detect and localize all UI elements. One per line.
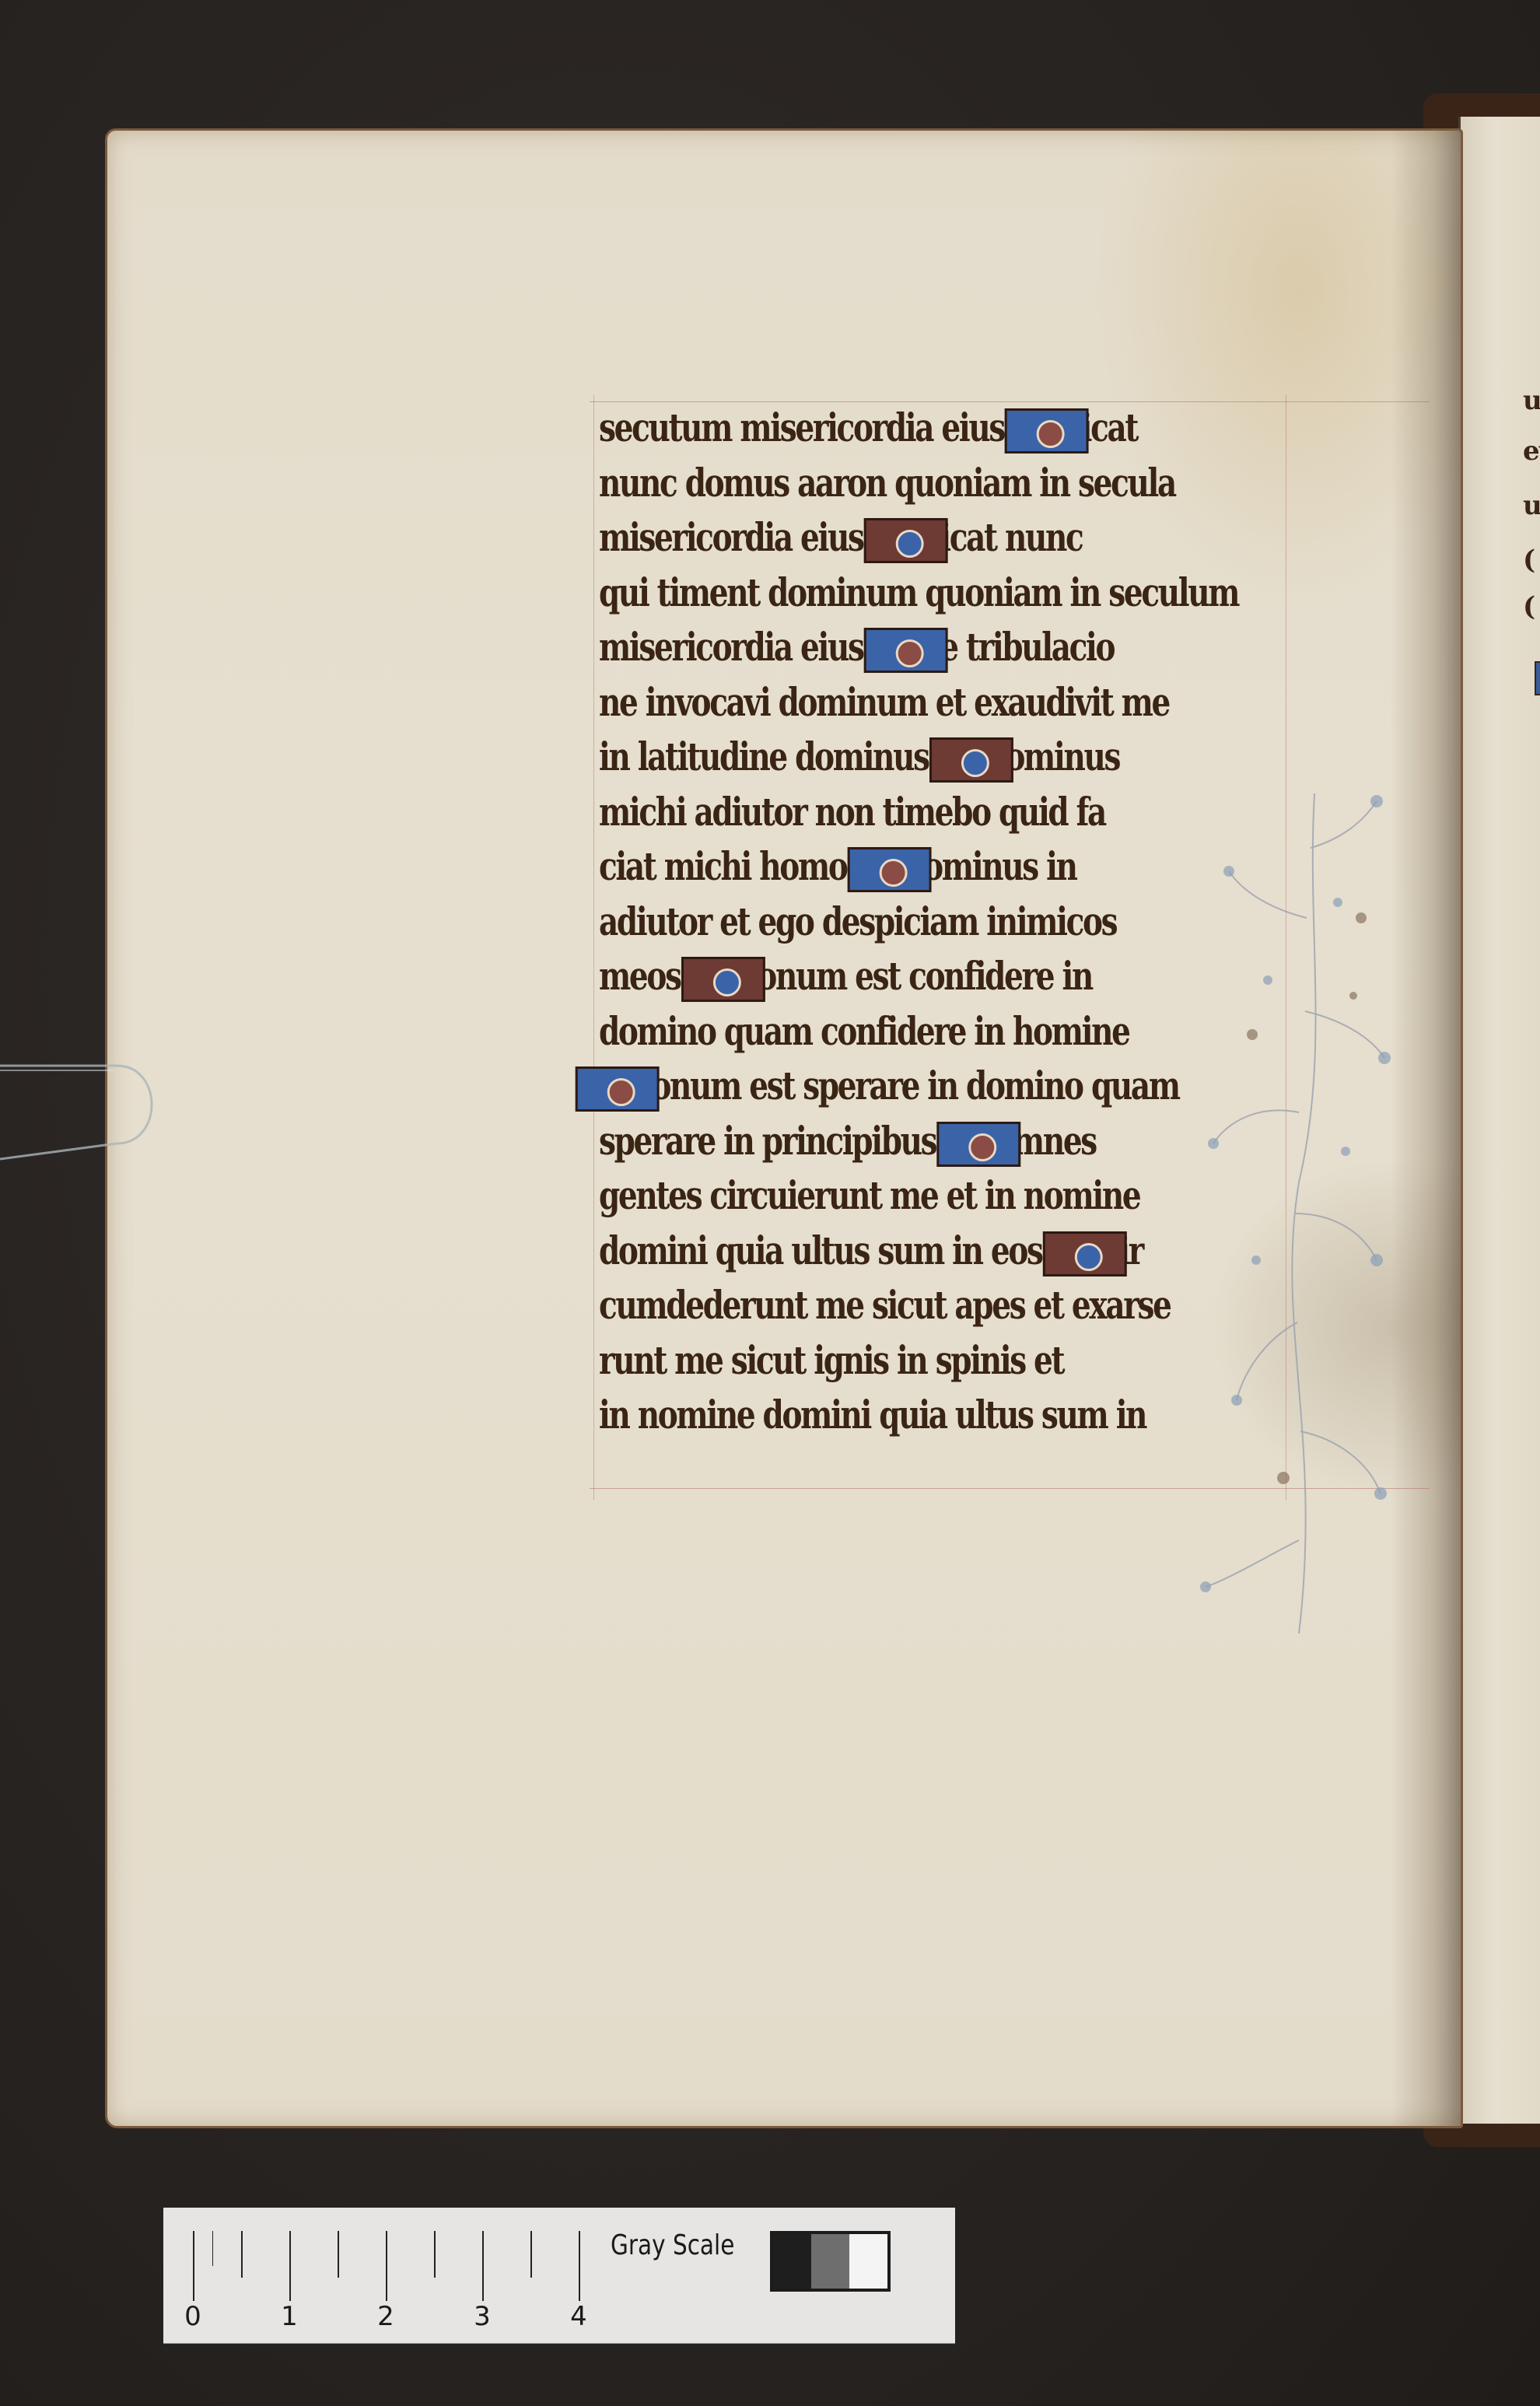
text-line: secutum misericordia eius icat	[599, 401, 1132, 456]
ruler-label: 0	[184, 2301, 201, 2332]
illuminated-initial	[864, 518, 948, 563]
marginal-flourish-decoration	[1182, 778, 1400, 1680]
text-line: in latitudine dominus ominus	[599, 730, 1132, 785]
gray-scale-label: Gray Scale	[611, 2229, 734, 2261]
facing-page-text: (	[1523, 545, 1534, 576]
color-scale-card: 0 1 2 3 4 Gray Scale	[163, 2208, 955, 2343]
illuminated-initial	[1043, 1231, 1127, 1277]
cm-ruler: 0 1 2 3 4	[193, 2231, 590, 2324]
illuminated-initial	[1005, 408, 1089, 454]
text-line: runt me sicut ignis in spinis et	[599, 1333, 1132, 1389]
illuminated-initial	[936, 1122, 1020, 1167]
facing-page-text: (	[1523, 591, 1534, 622]
text-line: in nomine domini quia ultus sum in	[599, 1388, 1132, 1443]
text-line: michi adiutor non timebo quid fa	[599, 785, 1132, 840]
text-line: domini quia ultus sum in eos ir	[599, 1224, 1132, 1279]
text-line: ciat michi homo ominus in	[599, 839, 1132, 895]
facing-page-edge: ust et un ( (	[1458, 117, 1540, 2124]
swatch-gray	[811, 2234, 849, 2289]
gray-scale-swatches	[770, 2231, 891, 2292]
ruler-label: 2	[377, 2301, 394, 2332]
text-block: secutum misericordia eius icat nunc domu…	[599, 401, 1283, 1443]
text-line: domino quam confidere in homine	[599, 1004, 1132, 1059]
ruler-label: 3	[474, 2301, 491, 2332]
facing-page-initial	[1535, 661, 1540, 695]
text-line: onum est sperare in domino quam	[583, 1059, 1129, 1114]
text-line: qui timent dominum quoniam in seculum	[599, 566, 1132, 621]
text-line: meos onum est confidere in	[599, 949, 1132, 1004]
ruler-label: 4	[570, 2301, 587, 2332]
illuminated-initial	[929, 737, 1013, 783]
text-line: gentes circuierunt me et in nomine	[599, 1168, 1132, 1224]
text-line: sperare in principibus mnes	[599, 1114, 1132, 1169]
ruler-label: 1	[281, 2301, 298, 2332]
text-line: ne invocavi dominum et exaudivit me	[599, 675, 1132, 730]
illuminated-initial	[681, 957, 765, 1002]
page-holder-clip	[0, 1042, 163, 1167]
text-line: adiutor et ego despiciam inimicos	[599, 895, 1132, 950]
swatch-black	[773, 2234, 811, 2289]
facing-page-text: un	[1523, 490, 1540, 521]
swatch-white	[849, 2234, 887, 2289]
gutter-stain	[1391, 131, 1461, 2126]
text-line: nunc domus aaron quoniam in secula	[599, 456, 1132, 511]
illuminated-initial	[576, 1066, 660, 1112]
text-line: cumdederunt me sicut apes et exarse	[599, 1278, 1132, 1333]
facing-page-text: ust	[1523, 385, 1540, 416]
illuminated-initial	[848, 847, 932, 892]
facing-page-text: et	[1523, 436, 1540, 467]
text-line: misericordia eius e tribulacio	[599, 620, 1132, 675]
illuminated-initial	[864, 628, 948, 673]
ruling-line	[593, 395, 594, 1500]
text-line: misericordia eius icat nunc	[599, 510, 1132, 566]
